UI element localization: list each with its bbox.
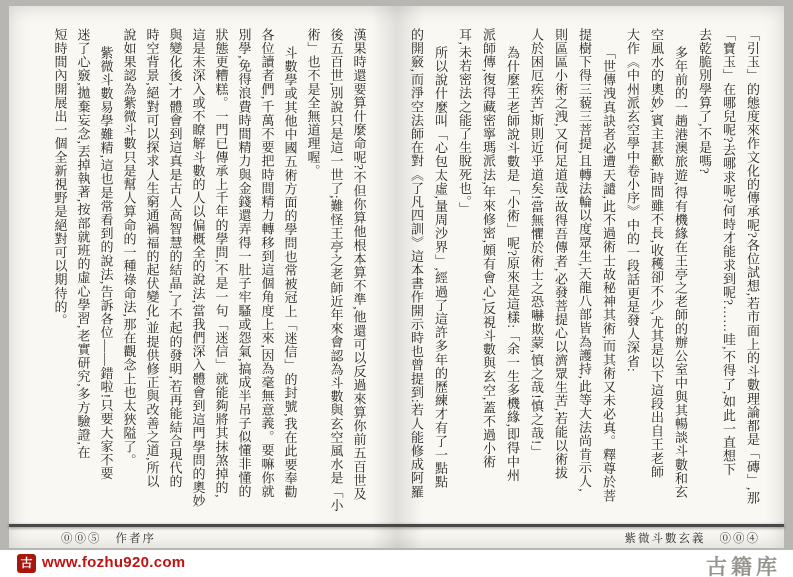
text-column: 派師傳,復得藏密寧瑪派法,年來修密,頗有會心,反視斗數與玄空,蓋不過小術 [476, 28, 500, 522]
text-column: 的開竅,而淨空法師在對《了凡四訓》這本書作開示時也曾提到:若人能修成阿羅 [404, 28, 428, 522]
text-column: 各位讀者們,千萬不要把時間精力轉移到這個角度上來,因為毫無意義。要嘛你就 [256, 28, 279, 522]
left-page-text: 漢果時還要算什麼命呢?不但你算他根本算不準,他還可以反過來算你前五百世及後五百世… [49, 28, 371, 522]
text-column: 則區區小術之洩,又何足道哉!故得吾傳者,必發菩提心以濟眾生苦,若能以術拔 [548, 28, 572, 522]
text-column: 提樹下得三藐三菩提,且轉法輪以度眾生,天龍八部皆為護持,此等大法尚肯示人, [572, 28, 596, 522]
section-title: 作者序 [116, 533, 157, 545]
text-column: 紫微斗數易學難精,這也是常看到的說法,告訴各位——錯啦!只要大家不要 [95, 28, 118, 522]
text-column: 這是未深入或不瞭解斗數的人以偏概全的說法,當我們深入體會到這門學問的奧妙 [187, 28, 210, 522]
text-column: 迷了心竅,拋棄妄念,丟掉執著,按部就班的虛心學習,老實研究,多方驗證,在 [72, 28, 95, 522]
right-page-footer: 紫微斗數玄義⓪⓪④ [625, 530, 761, 546]
text-column: 去乾脆別學算了,不是嗎? [692, 28, 716, 522]
text-column: 為什麼王老師說斗數是「小術」呢?原來是這樣:「余一生多機緣,即得中州 [500, 28, 524, 522]
text-column: 耳,未若密法之能了生脫死也。」 [452, 28, 476, 522]
text-column: 斗數學或其他中國五術方面的學問也常被冠上「迷信」的封號,我在此要奉勸 [279, 28, 302, 522]
text-column: 「世傳洩真訣者必遭天譴,此不過術士故秘神其術,而其術又未必真。釋尊於菩 [596, 28, 620, 522]
guji-logo-icon: 古 [17, 554, 36, 573]
right-page: 「引玉」的態度來作文化的傳承呢?各位試想,若市面上的斗數理論都是「磚」,那「寶玉… [397, 6, 785, 548]
left-page-footer: ⓪⓪⑤作者序 [61, 530, 156, 546]
text-column: 與變化後,才體會到這真是古人高智慧的結晶,了不起的發明,若再能結合現代的 [164, 28, 187, 522]
text-column: 多年前的一趟港澳旅遊,得有機緣在王亭之老師的辦公室中與其暢談斗數和玄 [668, 28, 692, 522]
text-column: 別學,免得浪費時間精力與金錢還弄得一肚子牢騷或怨氣,搞成半吊子似懂非懂的 [233, 28, 256, 522]
site-footer-bar: 古 www.fozhu920.com 古籍库 [0, 550, 793, 577]
text-column: 術」也不是全無道理喔。 [302, 28, 325, 522]
guji-brand-text: 古籍库 [706, 551, 781, 577]
text-column: 時空背景,絕對可以探求人生窮通禍福的起伏變化,並提供修正與改善之道,所以 [141, 28, 164, 522]
text-column: 「寶玉」在哪兒呢?去哪求呢?何時才能求到呢?……哇,不得了,如此一直想下 [716, 28, 740, 522]
book-spread: 漢果時還要算什麼命呢?不但你算他根本算不準,他還可以反過來算你前五百世及後五百世… [9, 6, 784, 548]
text-column: 狀態更糟糕。一門已傳承上千年的學問,不是一句「迷信」就能夠將其抹煞掉的, [210, 28, 233, 522]
site-url-text: www.fozhu920.com [42, 554, 185, 571]
page-bottom-edge [9, 524, 784, 527]
book-title: 紫微斗數玄義 [625, 533, 706, 545]
text-column: 空風水的奧妙,賓主甚歡,時間雖不長,收穫卻不少,尤其是以下這段出自王老師 [644, 28, 668, 522]
text-column: 漢果時還要算什麼命呢?不但你算他根本算不準,他還可以反過來算你前五百世及 [348, 28, 371, 522]
text-column: 後五百世,別說只是這一世了;難怪王亭之老師近年來會認為斗數與玄空風水是「小 [325, 28, 348, 522]
left-page: 漢果時還要算什麼命呢?不但你算他根本算不準,他還可以反過來算你前五百世及後五百世… [9, 6, 397, 548]
text-column: 大作《中州派玄空學中卷小序》中的一段話更是發人深省: [620, 28, 644, 522]
page-number: ⓪⓪④ [720, 533, 761, 545]
right-page-text: 「引玉」的態度來作文化的傳承呢?各位試想,若市面上的斗數理論都是「磚」,那「寶玉… [404, 28, 764, 522]
text-column: 短時間內開展出一個全新視野是絕對可以期待的。 [49, 28, 72, 522]
text-column: 人於困厄疾苦,斯則近乎道矣!當無懼於術士之恐嚇欺蒙,慎之哉!慎之哉!」 [524, 28, 548, 522]
page-number: ⓪⓪⑤ [61, 533, 102, 545]
text-column: 「引玉」的態度來作文化的傳承呢?各位試想,若市面上的斗數理論都是「磚」,那 [740, 28, 764, 522]
text-column: 所以說什麼叫「心包太虛,量周沙界」,經過了這許多年的歷練才有了一點點 [428, 28, 452, 522]
text-column: 說如果認為紫微斗數只是幫人算命的一種祿命法,那在觀念上也太狹隘了。 [118, 28, 141, 522]
